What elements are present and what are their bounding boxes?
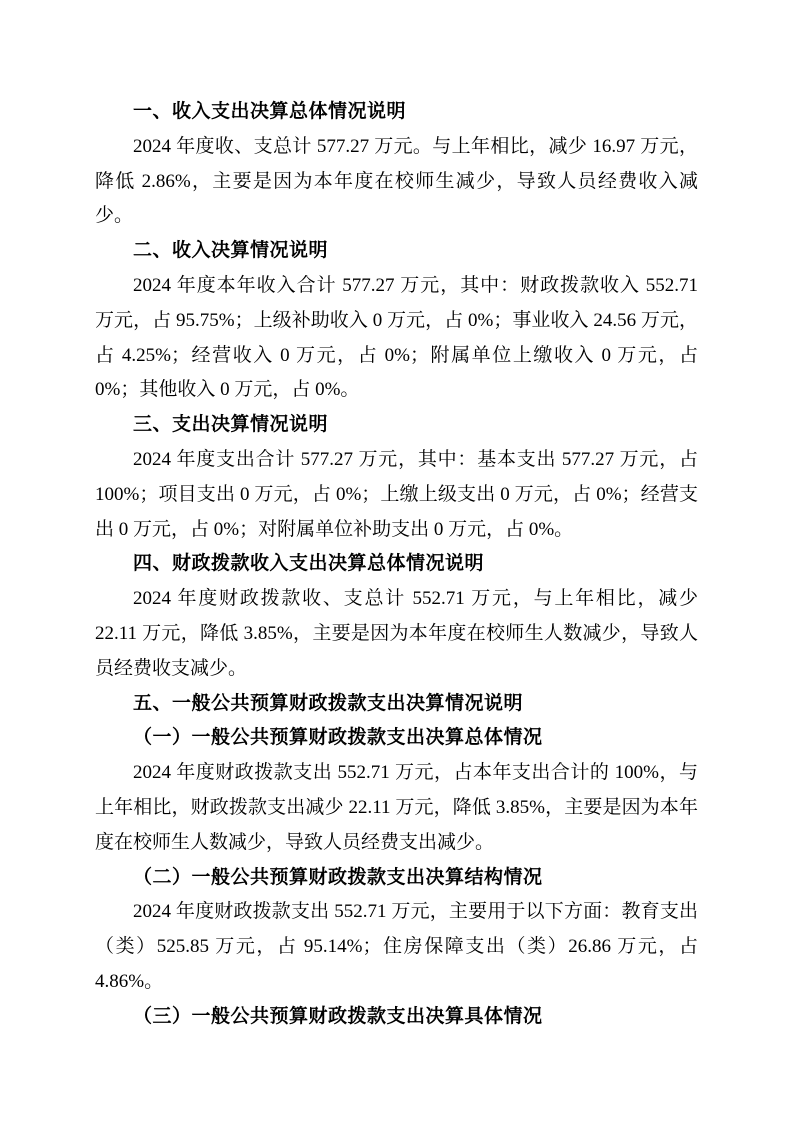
section-heading: 一、收入支出决算总体情况说明 <box>95 95 698 130</box>
section-heading: （三）一般公共预算财政拨款支出决算具体情况 <box>95 1000 698 1035</box>
report-section: 二、收入决算情况说明 2024 年度本年收入合计 577.27 万元，其中：财政… <box>95 234 698 408</box>
body-paragraph: 2024 年度财政拨款收、支总计 552.71 万元，与上年相比，减少 22.1… <box>95 582 698 686</box>
report-section: 五、一般公共预算财政拨款支出决算情况说明 <box>95 687 698 722</box>
section-heading: 二、收入决算情况说明 <box>95 234 698 269</box>
body-paragraph: 2024 年度本年收入合计 577.27 万元，其中：财政拨款收入 552.71… <box>95 269 698 408</box>
section-heading: （二）一般公共预算财政拨款支出决算结构情况 <box>95 861 698 896</box>
report-body: 一、收入支出决算总体情况说明 2024 年度收、支总计 577.27 万元。与上… <box>95 95 698 1035</box>
section-heading: 五、一般公共预算财政拨款支出决算情况说明 <box>95 687 698 722</box>
body-paragraph: 2024 年度收、支总计 577.27 万元。与上年相比，减少 16.97 万元… <box>95 130 698 234</box>
report-section: （一）一般公共预算财政拨款支出决算总体情况 2024 年度财政拨款支出 552.… <box>95 721 698 860</box>
body-paragraph: 2024 年度支出合计 577.27 万元，其中：基本支出 577.27 万元，… <box>95 443 698 547</box>
report-section: 四、财政拨款收入支出决算总体情况说明 2024 年度财政拨款收、支总计 552.… <box>95 547 698 686</box>
report-section: （二）一般公共预算财政拨款支出决算结构情况 2024 年度财政拨款支出 552.… <box>95 861 698 1000</box>
section-heading: 四、财政拨款收入支出决算总体情况说明 <box>95 547 698 582</box>
body-paragraph: 2024 年度财政拨款支出 552.71 万元，主要用于以下方面：教育支出（类）… <box>95 895 698 999</box>
section-heading: 三、支出决算情况说明 <box>95 408 698 443</box>
section-heading: （一）一般公共预算财政拨款支出决算总体情况 <box>95 721 698 756</box>
report-section: （三）一般公共预算财政拨款支出决算具体情况 <box>95 1000 698 1035</box>
report-section: 一、收入支出决算总体情况说明 2024 年度收、支总计 577.27 万元。与上… <box>95 95 698 234</box>
body-paragraph: 2024 年度财政拨款支出 552.71 万元，占本年支出合计的 100%，与上… <box>95 756 698 860</box>
report-section: 三、支出决算情况说明 2024 年度支出合计 577.27 万元，其中：基本支出… <box>95 408 698 547</box>
document-page: 一、收入支出决算总体情况说明 2024 年度收、支总计 577.27 万元。与上… <box>0 0 793 1122</box>
